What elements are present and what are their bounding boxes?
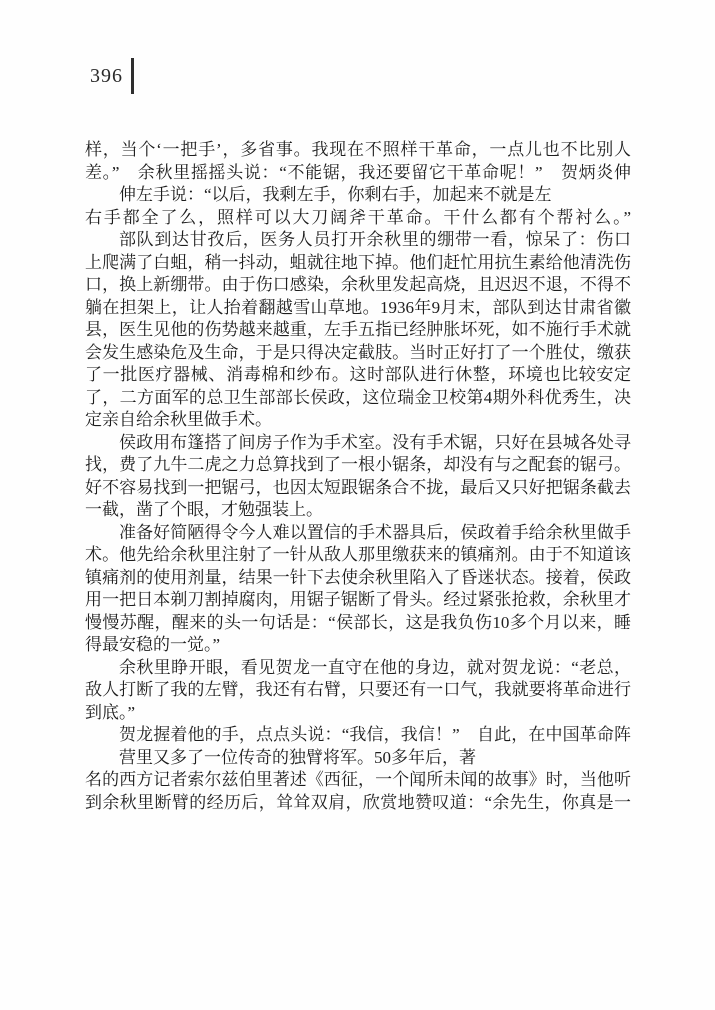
text-line: 伸左手说：“以后，我剩左手，你剩右手，加起来不就是左 [85,184,631,207]
text-line: 镇痛剂的使用剂量，结果一针下去使余秋里陷入了昏迷状态。接着，侯政 [85,567,631,590]
page-header: 396 [90,58,134,94]
text-line: 术。他先给余秋里注射了一针从敌人那里缴获来的镇痛剂。由于不知道该 [85,544,631,567]
text-line: 差。” 余秋里摇摇头说：“不能锯，我还要留它干革命呢！” 贺炳炎伸 [85,162,631,185]
text-line: 样，当个‘一把手’，多省事。我现在不照样干革命，一点儿也不比别人 [85,139,631,162]
text-line: 贺龙握着他的手，点点头说：“我信，我信！” 自此，在中国革命阵 [85,724,631,747]
text-line: 右手都全了么，照样可以大刀阔斧干革命。干什么都有个帮衬么。” [85,207,631,230]
text-line: 了，二方面军的总卫生部部长侯政，这位瑞金卫校第4期外科优秀生，决 [85,387,631,410]
page-number-rule [131,58,134,94]
text-line: 一截，凿了个眼，才勉强装上。 [85,499,631,522]
text-line: 得最安稳的一觉。” [85,634,631,657]
text-line: 到余秋里断臂的经历后，耸耸双肩，欣赏地赞叹道：“余先生，你真是一 [85,792,631,815]
text-line: 躺在担架上，让人抬着翻越雪山草地。1936年9月末，部队到达甘肃省徽 [85,297,631,320]
text-line: 县，医生见他的伤势越来越重，左手五指已经肿胀坏死，如不施行手术就 [85,319,631,342]
text-line: 了一批医疗器械、消毒棉和纱布。这时部队进行休整，环境也比较安定 [85,364,631,387]
text-line: 慢慢苏醒，醒来的头一句话是：“侯部长，这是我负伤10多个月以来，睡 [85,612,631,635]
book-page: 396 样，当个‘一把手’，多省事。我现在不照样干革命，一点儿也不比别人 差。”… [0,0,715,1010]
text-line: 好不容易找到一把锯弓，也因太短跟锯条合不拢，最后又只好把锯条截去 [85,477,631,500]
text-line: 找，费了九牛二虎之力总算找到了一根小锯条，却没有与之配套的锯弓。 [85,454,631,477]
text-line: 会发生感染危及生命，于是只得决定截肢。当时正好打了一个胜仗，缴获 [85,342,631,365]
text-line: 到底。” [85,702,631,725]
text-line: 口，换上新绷带。由于伤口感染，余秋里发起高烧，且迟迟不退，不得不 [85,274,631,297]
text-line: 侯政用布篷搭了间房子作为手术室。没有手术锯，只好在县城各处寻 [85,432,631,455]
body-text: 样，当个‘一把手’，多省事。我现在不照样干革命，一点儿也不比别人 差。” 余秋里… [85,139,631,814]
text-line: 定亲自给余秋里做手术。 [85,409,631,432]
text-line: 名的西方记者索尔兹伯里著述《西征，一个闻所未闻的故事》时，当他听 [85,769,631,792]
text-line: 上爬满了白蛆，稍一抖动，蛆就往地下掉。他们赶忙用抗生素给他清洗伤 [85,252,631,275]
text-line: 准备好简陋得令今人难以置信的手术器具后，侯政着手给余秋里做手 [85,522,631,545]
text-line: 营里又多了一位传奇的独臂将军。50多年后，著 [85,747,631,770]
text-line: 敌人打断了我的左臂，我还有右臂，只要还有一口气，我就要将革命进行 [85,679,631,702]
page-number: 396 [90,59,123,93]
text-line: 余秋里睁开眼，看见贺龙一直守在他的身边，就对贺龙说：“老总， [85,657,631,680]
text-line: 部队到达甘孜后，医务人员打开余秋里的绷带一看，惊呆了：伤口 [85,229,631,252]
text-line: 用一把日本剃刀割掉腐肉，用锯子锯断了骨头。经过紧张抢救，余秋里才 [85,589,631,612]
